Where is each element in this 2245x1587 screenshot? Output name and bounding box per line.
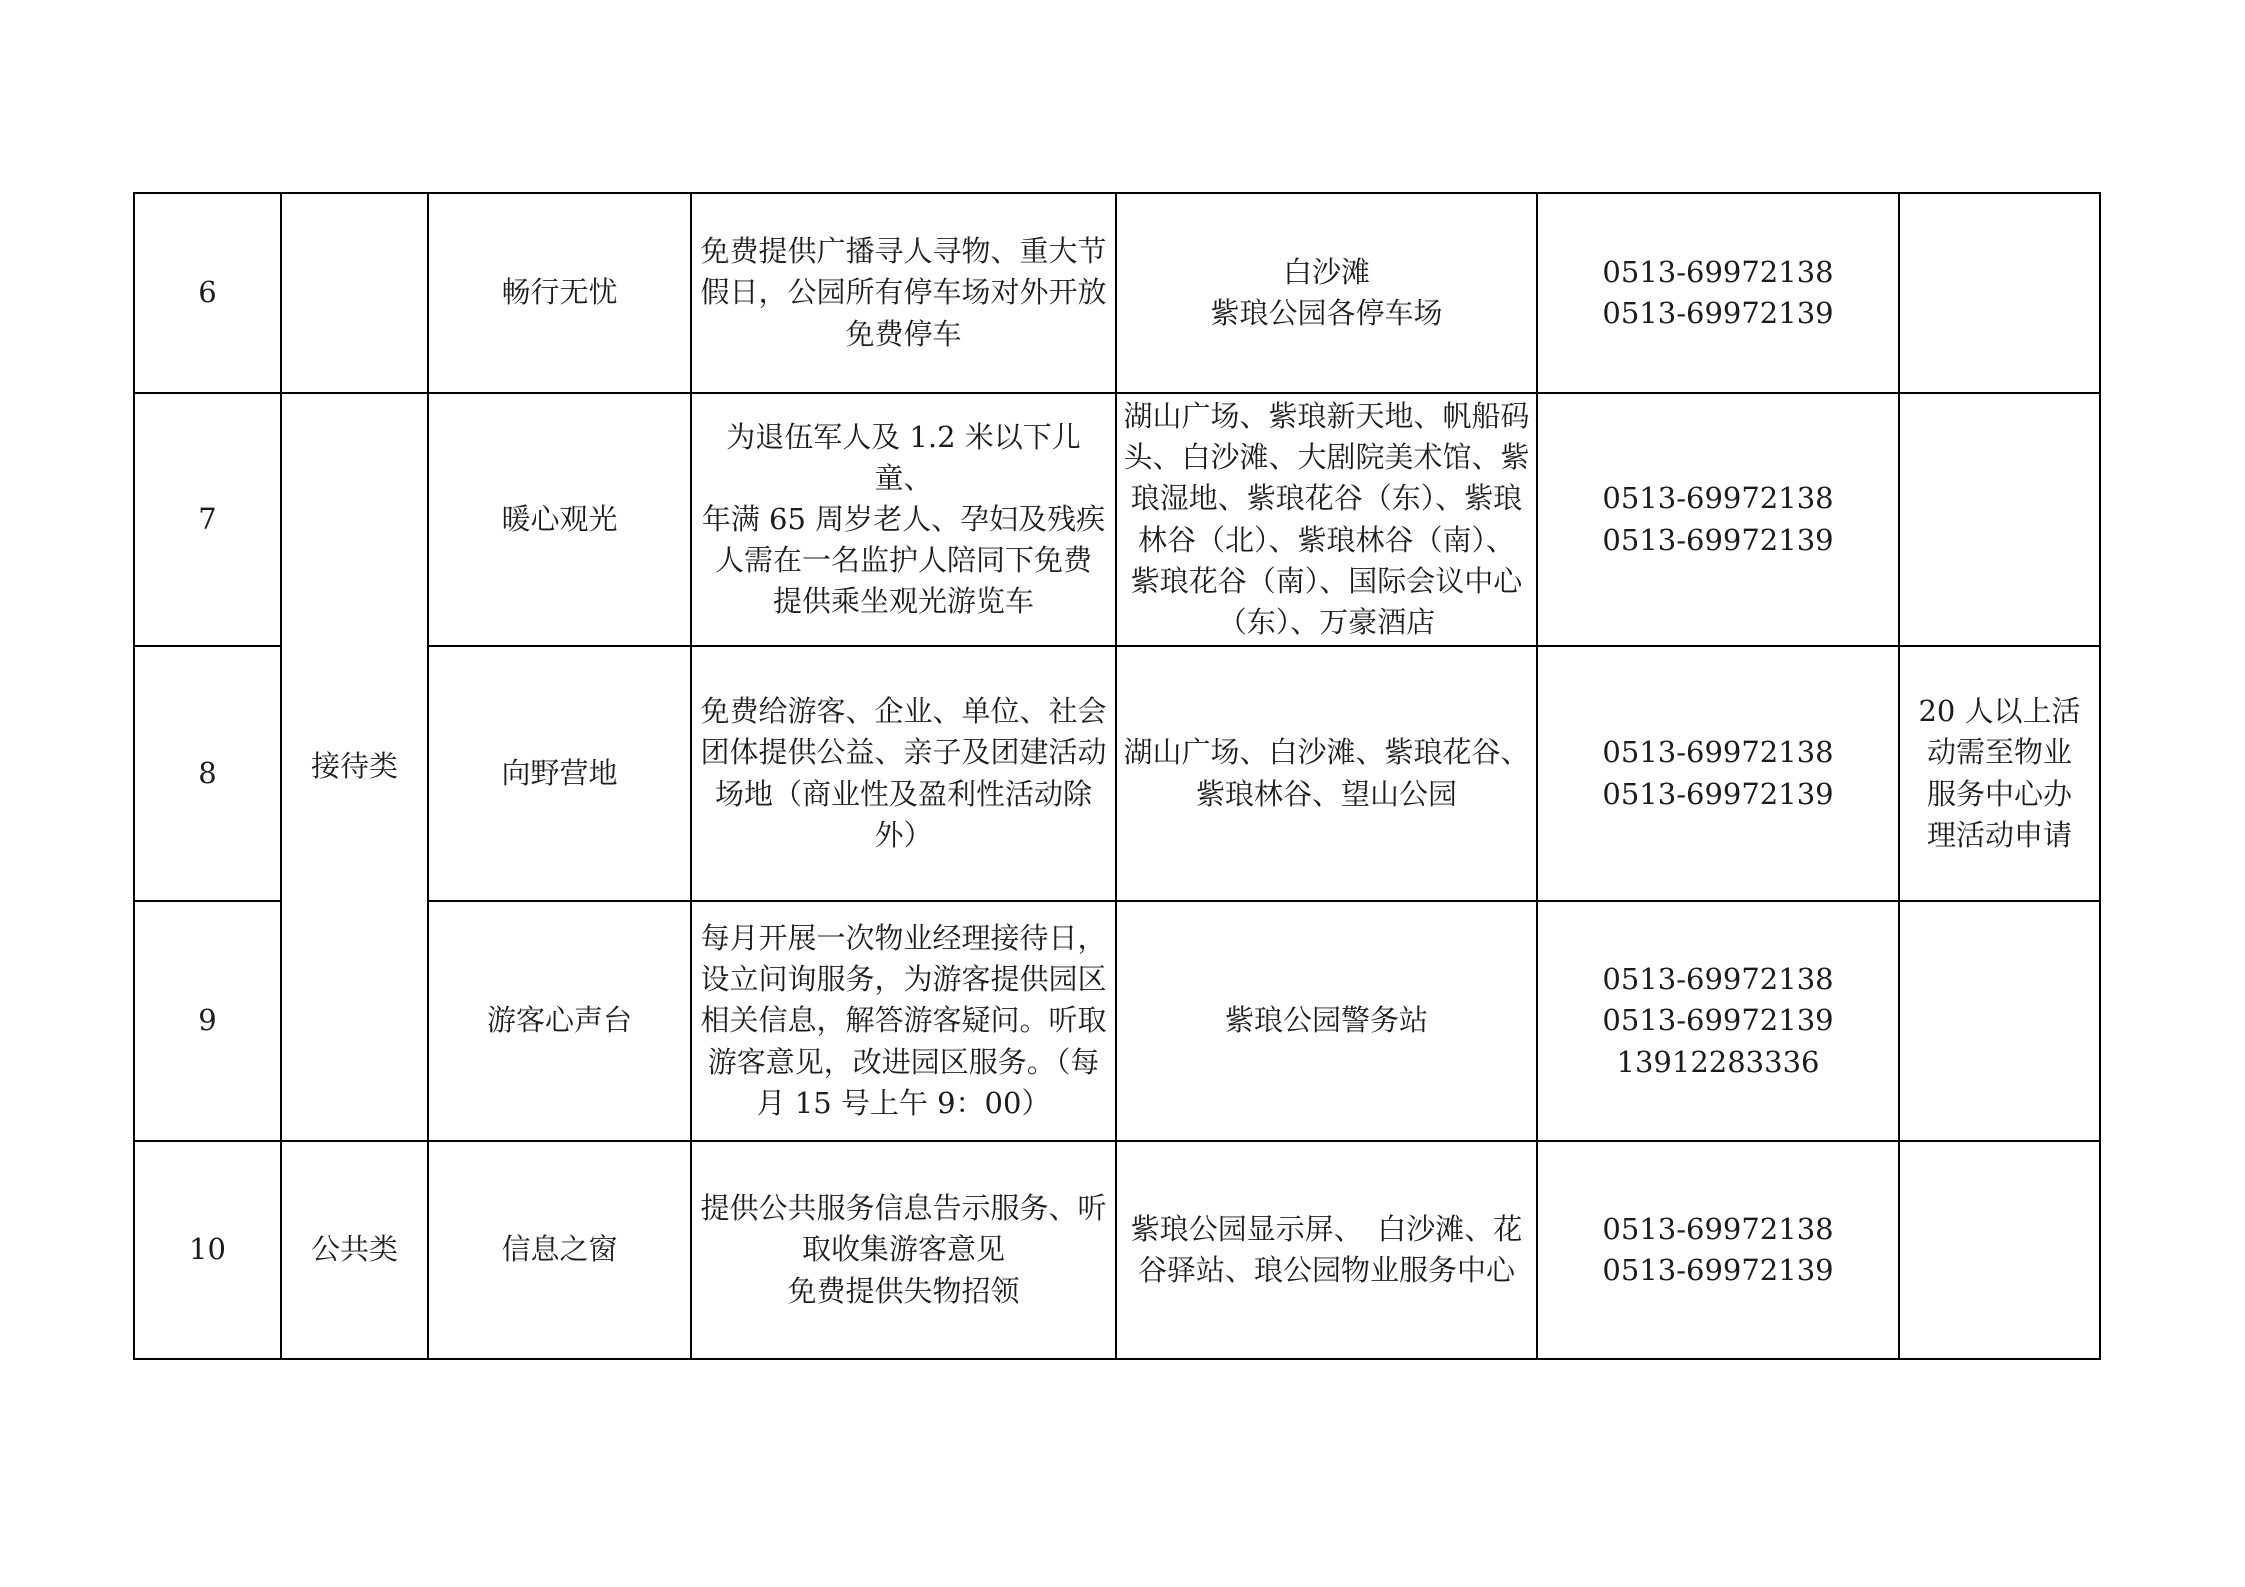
note-cell bbox=[1899, 393, 2100, 646]
table-row-9: 9 游客心声台 每月开展一次物业经理接待日， 设立问询服务，为游客提供园区 相关… bbox=[134, 901, 2100, 1141]
park-services-table: 6 畅行无忧 免费提供广播寻人寻物、重大节 假日，公园所有停车场对外开放 免费停… bbox=[133, 192, 2101, 1360]
row-number-cell: 7 bbox=[134, 393, 281, 646]
note-cell bbox=[1899, 193, 2100, 393]
document-page: 6 畅行无忧 免费提供广播寻人寻物、重大节 假日，公园所有停车场对外开放 免费停… bbox=[0, 0, 2245, 1587]
service-name-cell: 畅行无忧 bbox=[428, 193, 691, 393]
row-number-cell: 6 bbox=[134, 193, 281, 393]
phone-cell: 0513-69972138 0513-69972139 bbox=[1537, 193, 1899, 393]
note-cell bbox=[1899, 901, 2100, 1141]
location-cell: 湖山广场、白沙滩、紫琅花谷、 紫琅林谷、望山公园 bbox=[1116, 646, 1537, 901]
row-number-cell: 10 bbox=[134, 1141, 281, 1359]
service-name-cell: 游客心声台 bbox=[428, 901, 691, 1141]
location-cell: 紫琅公园警务站 bbox=[1116, 901, 1537, 1141]
phone-cell: 0513-69972138 0513-69972139 bbox=[1537, 1141, 1899, 1359]
phone-cell: 0513-69972138 0513-69972139 bbox=[1537, 646, 1899, 901]
location-cell: 湖山广场、紫琅新天地、帆船码 头、白沙滩、大剧院美术馆、紫 琅湿地、紫琅花谷（东… bbox=[1116, 393, 1537, 646]
service-name-cell: 暖心观光 bbox=[428, 393, 691, 646]
location-cell: 紫琅公园显示屏、 白沙滩、花 谷驿站、琅公园物业服务中心 bbox=[1116, 1141, 1537, 1359]
table-row-7: 7 接待类 暖心观光 为退伍军人及 1.2 米以下儿童、 年满 65 周岁老人、… bbox=[134, 393, 2100, 646]
description-cell: 免费给游客、企业、单位、社会 团体提供公益、亲子及团建活动 场地（商业性及盈利性… bbox=[691, 646, 1116, 901]
table-row-10: 10 公共类 信息之窗 提供公共服务信息告示服务、听 取收集游客意见 免费提供失… bbox=[134, 1141, 2100, 1359]
note-cell: 20 人以上活 动需至物业 服务中心办 理活动申请 bbox=[1899, 646, 2100, 901]
category-cell bbox=[281, 193, 428, 393]
row-number-cell: 8 bbox=[134, 646, 281, 901]
phone-cell: 0513-69972138 0513-69972139 13912283336 bbox=[1537, 901, 1899, 1141]
location-cell: 白沙滩 紫琅公园各停车场 bbox=[1116, 193, 1537, 393]
note-cell bbox=[1899, 1141, 2100, 1359]
category-cell-merged: 接待类 bbox=[281, 393, 428, 1141]
row-number-cell: 9 bbox=[134, 901, 281, 1141]
table-row-6: 6 畅行无忧 免费提供广播寻人寻物、重大节 假日，公园所有停车场对外开放 免费停… bbox=[134, 193, 2100, 393]
description-cell: 免费提供广播寻人寻物、重大节 假日，公园所有停车场对外开放 免费停车 bbox=[691, 193, 1116, 393]
category-cell: 公共类 bbox=[281, 1141, 428, 1359]
table-row-8: 8 向野营地 免费给游客、企业、单位、社会 团体提供公益、亲子及团建活动 场地（… bbox=[134, 646, 2100, 901]
description-cell: 为退伍军人及 1.2 米以下儿童、 年满 65 周岁老人、孕妇及残疾 人需在一名… bbox=[691, 393, 1116, 646]
service-name-cell: 信息之窗 bbox=[428, 1141, 691, 1359]
description-cell: 每月开展一次物业经理接待日， 设立问询服务，为游客提供园区 相关信息，解答游客疑… bbox=[691, 901, 1116, 1141]
service-name-cell: 向野营地 bbox=[428, 646, 691, 901]
description-cell: 提供公共服务信息告示服务、听 取收集游客意见 免费提供失物招领 bbox=[691, 1141, 1116, 1359]
phone-cell: 0513-69972138 0513-69972139 bbox=[1537, 393, 1899, 646]
